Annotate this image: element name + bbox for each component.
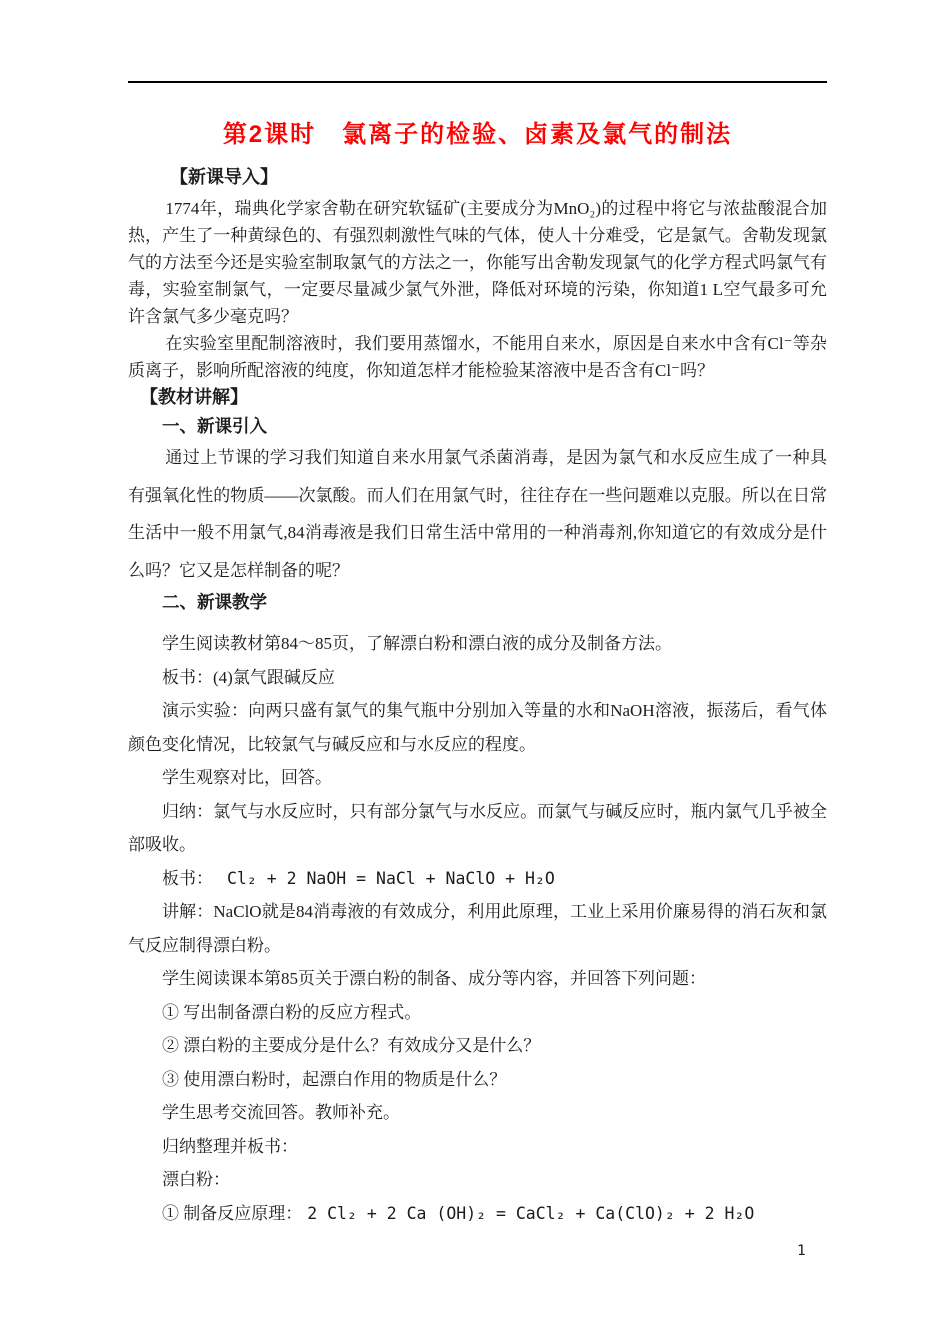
paragraph-discuss: 学生思考交流回答。教师补充。 (128, 1096, 827, 1130)
document-page: 第2课时 氯离子的检验、卤素及氯气的制法 【新课导入】 1774年，瑞典化学家舍… (128, 81, 827, 1230)
paragraph-lecture: 讲解：NaClO就是84消毒液的有效成分，利用此原理，工业上采用价廉易得的消石灰… (128, 895, 827, 962)
question-item-2: ② 漂白粉的主要成分是什么？有效成分又是什么？ (128, 1029, 827, 1063)
question-item-3: ③ 使用漂白粉时，起漂白作用的物质是什么？ (128, 1063, 827, 1097)
page-title: 第2课时 氯离子的检验、卤素及氯气的制法 (128, 119, 827, 151)
paragraph-board-1: 板书：(4)氯气跟碱反应 (128, 661, 827, 695)
paragraph-demo-experiment: 演示实验：向两只盛有氯气的集气瓶中分别加入等量的水和NaOH溶液，振荡后，看气体… (128, 694, 827, 761)
subsection-heading-1: 一、新课引入 (162, 413, 827, 439)
paragraph-bleach-powder: 漂白粉： (128, 1163, 827, 1197)
section-heading-explain: 【教材讲解】 (140, 384, 827, 410)
paragraph-read-84-85: 学生阅读教材第84～85页，了解漂白粉和漂白液的成分及制备方法。 (128, 627, 827, 661)
chemical-equation-caoh2: 2 Cl₂ + 2 Ca (OH)₂ = CaCl₂ + Ca(ClO)₂ + … (307, 1204, 754, 1223)
paragraph-preparation-principle: ① 制备反应原理：2 Cl₂ + 2 Ca (OH)₂ = CaCl₂ + Ca… (128, 1197, 827, 1231)
page-number: 1 (797, 1243, 806, 1259)
paragraph-organize: 归纳整理并板书： (128, 1130, 827, 1164)
lead-in-paragraph: 通过上节课的学习我们知道自来水用氯气杀菌消毒，是因为氯气和水反应生成了一种具有强… (128, 439, 827, 589)
intro-paragraph: 1774年，瑞典化学家舍勒在研究软锰矿(主要成分为MnO₂)的过程中将它与浓盐酸… (128, 195, 827, 330)
chemical-equation-naoh: Cl₂ + 2 NaOH = NaCl + NaClO + H₂O (227, 869, 555, 888)
question-item-1: ① 写出制备漂白粉的反应方程式。 (128, 996, 827, 1030)
paragraph-conclusion: 归纳：氯气与水反应时，只有部分氯气与水反应。而氯气与碱反应时，瓶内氯气几乎被全部… (128, 795, 827, 862)
subsection-heading-2: 二、新课教学 (162, 589, 827, 615)
paragraph-read-85: 学生阅读课本第85页关于漂白粉的制备、成分等内容，并回答下列问题： (128, 962, 827, 996)
paragraph-board-equation: 板书：Cl₂ + 2 NaOH = NaCl + NaClO + H₂O (128, 862, 827, 896)
intro-paragraph: 在实验室里配制溶液时，我们要用蒸馏水，不能用自来水，原因是自来水中含有Cl⁻等杂… (128, 330, 827, 384)
section-heading-intro: 【新课导入】 (170, 164, 827, 190)
principle-label: ① 制备反应原理： (162, 1204, 302, 1223)
paragraph-observe: 学生观察对比，回答。 (128, 761, 827, 795)
board-label: 板书： (162, 869, 213, 888)
header-rule (128, 81, 827, 83)
teaching-section: 学生阅读教材第84～85页，了解漂白粉和漂白液的成分及制备方法。 板书：(4)氯… (128, 627, 827, 1230)
